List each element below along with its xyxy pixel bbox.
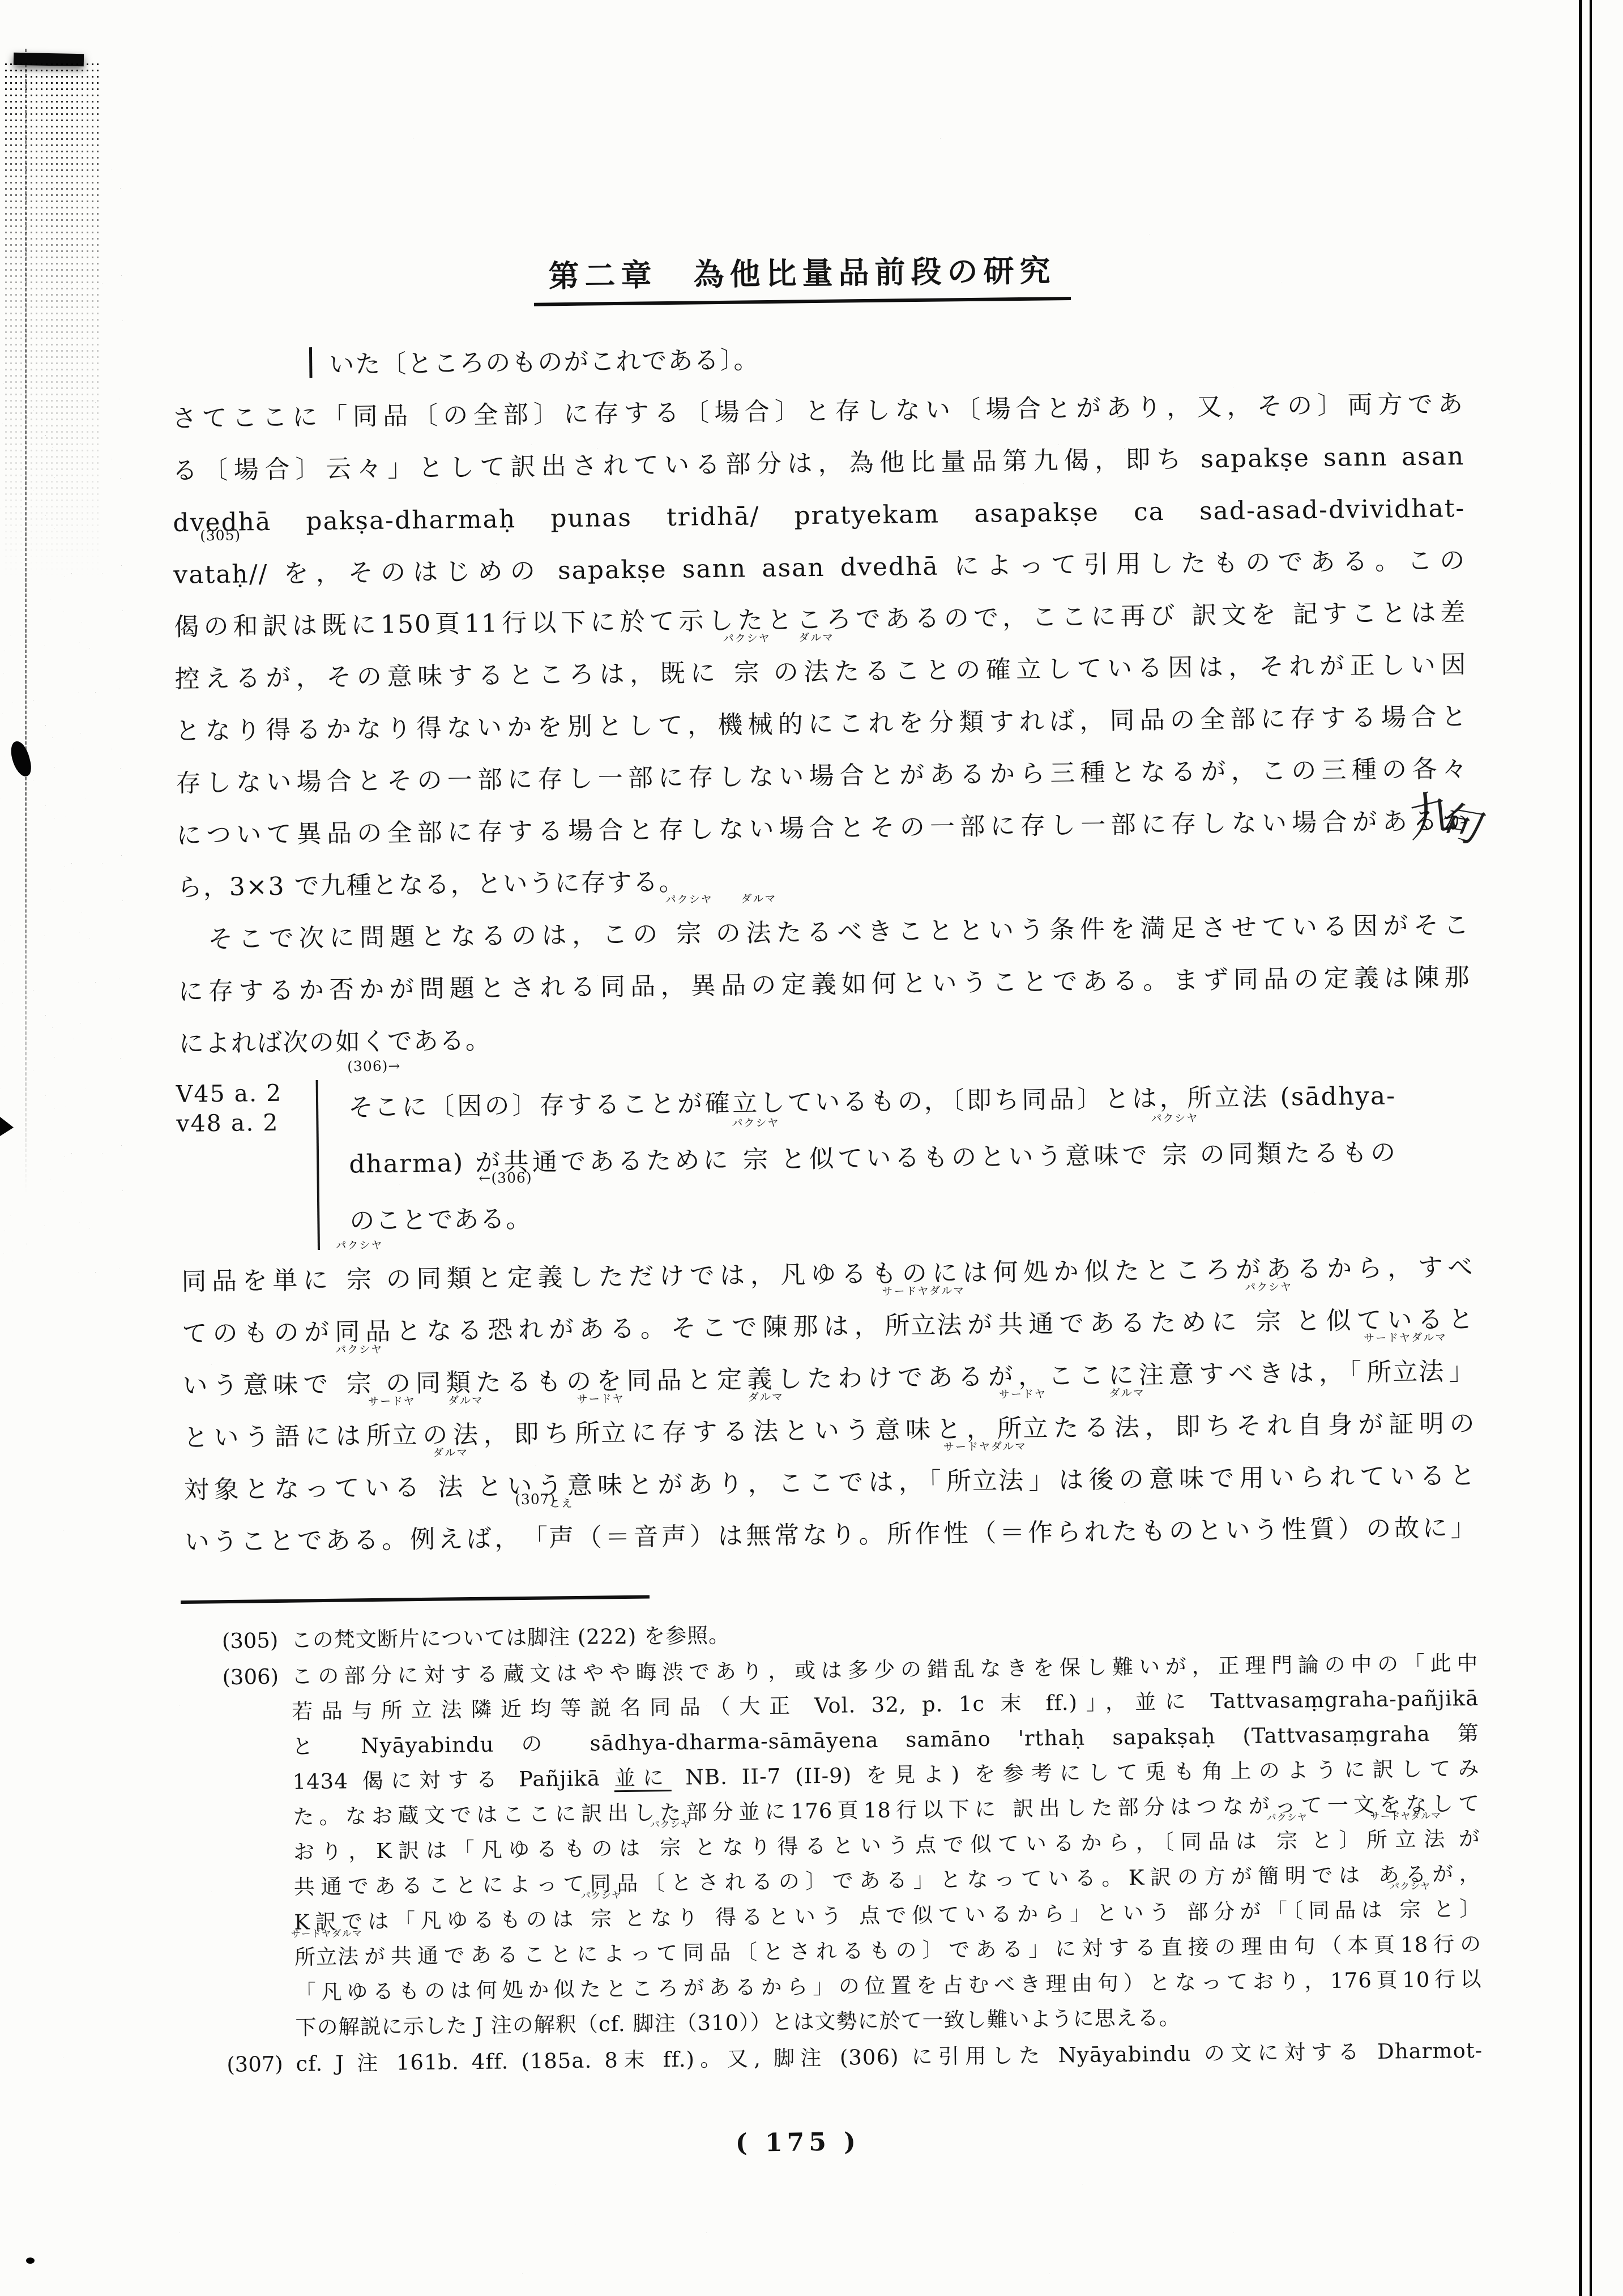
furigana: パクシヤ xyxy=(1267,1813,1308,1823)
text-segment: vataḥ//(305) xyxy=(173,548,268,601)
text-segment: 所立法サードヤダルマ xyxy=(1366,1346,1445,1399)
text-segment: の同類たるもの xyxy=(1188,1138,1396,1169)
footnote-separator xyxy=(181,1595,650,1603)
text-segment: dharma) が共通であるために xyxy=(349,1146,743,1179)
quote-source-ref: V45 a. 2 xyxy=(176,1078,283,1109)
text-segment: 並に xyxy=(614,1765,672,1792)
text-segment: 法ダルマ xyxy=(753,1406,780,1458)
text-segment: cf. J 注 161b. 4ff. (185a. 8末 ff.)。又, 脚注 … xyxy=(296,2038,1483,2076)
text-segment: と〕 xyxy=(1298,1828,1366,1853)
text-segment: 宗パクシヤ xyxy=(734,647,761,699)
handwritten-margin-note: 九句 xyxy=(1406,786,1496,877)
text-segment: 法ダルマ xyxy=(1114,1402,1141,1454)
text-segment: 宗パクシヤ xyxy=(1399,1892,1421,1927)
text-segment: （＝音声）は無常なり。所作性（＝作られたものという性質）の故に」 xyxy=(575,1513,1477,1552)
furigana: ダルマ xyxy=(433,1448,468,1459)
text-segment: の xyxy=(760,658,804,687)
left-dashed-line-artifact xyxy=(25,49,27,1193)
furigana: ダルマ xyxy=(1109,1388,1145,1399)
text-segment: この梵文断片については脚注 (222) を参照。 xyxy=(291,1623,731,1653)
text-segment: と〕 xyxy=(1421,1897,1481,1922)
text-segment: について異品の全部に存する場合と存しない場合とその一部に存し一部に存しない場合が… xyxy=(176,806,1468,850)
furigana: パクシヤ xyxy=(1245,1282,1292,1294)
scanned-book-page: 第二章 為他比量品前段の研究 いた〔ところのものがこれである〕。さてここに「同品… xyxy=(0,0,1623,2296)
left-ink-blob-artifact xyxy=(8,739,34,778)
body-text: いた〔ところのものがこれである〕。さてここに「同品〔の全部〕に存する〔場合〕と存… xyxy=(171,326,1477,1569)
footnote-label: (305) xyxy=(221,1623,278,1659)
furigana: ダルマ xyxy=(448,1395,484,1407)
furigana: パクシヤ xyxy=(581,1891,622,1901)
furigana: サードヤ xyxy=(576,1394,624,1405)
furigana: パクシヤ xyxy=(335,1345,383,1356)
furigana: サードヤ xyxy=(999,1389,1047,1401)
text-segment: る〔場合〕云々」として訳出されている部分は，為他比量品第九偈，即ち sapakṣ… xyxy=(172,442,1464,485)
text-segment: 下の解説に示した J 注の解釈（cf. 脚注（310））とは文勢に於て一致し難い… xyxy=(295,2005,1180,2040)
text-segment: を，そのはじめの sapakṣe sann asan dvedhā によって引用… xyxy=(268,546,1466,588)
text-segment: 宗パクシヤ xyxy=(1162,1127,1189,1184)
footnote-label: (306) xyxy=(222,1659,279,1695)
text-segment: 宗パクシヤ xyxy=(660,1830,682,1866)
text-segment: の xyxy=(702,919,746,948)
text-segment: いうことである。例えば， xyxy=(185,1524,523,1557)
text-segment: のことであ xyxy=(349,1205,480,1236)
furigana: サードヤダルマ xyxy=(291,1929,362,1939)
text-segment: そこ(306)→ xyxy=(348,1079,401,1136)
text-segment: NB. II-7 (II-9) を見よ) を参考にして兎も角上のように訳してみ xyxy=(671,1756,1480,1790)
text-segment: に存するか否かが問題とされる同品，異品の定義如何ということである。まず同品の定義… xyxy=(178,963,1471,1006)
furigana: サードヤダルマ xyxy=(882,1286,965,1298)
text-segment: となり 得るという 点で似ているから」という 部分が「〔同品は xyxy=(612,1897,1400,1931)
footnote-reference-mark: (305) xyxy=(200,528,241,543)
text-segment: 法ダルマ xyxy=(438,1461,464,1514)
text-segment: 」は後の意味で用いられていると xyxy=(1024,1461,1476,1495)
text-segment: おり，K訳は「凡ゆるものは xyxy=(293,1836,660,1864)
text-segment: となり得るかなり得ないかを別として，機械的にこれを分類すれば，同品の全部に存する… xyxy=(175,702,1467,746)
text-segment: の xyxy=(418,1420,453,1450)
furigana: ダルマ xyxy=(798,633,834,644)
text-segment: 所立法サードヤダルマ xyxy=(294,1939,360,1975)
footnote-reference-mark: (306)→ xyxy=(347,1059,400,1073)
text-segment: たる xyxy=(1049,1413,1114,1443)
text-segment: と似ているものという意味で xyxy=(769,1141,1163,1174)
text-segment: dvedhā pakṣa-dharmaḥ punas tridhā/ praty… xyxy=(173,494,1465,537)
footnotes: (305)この梵文断片については脚注 (222) を参照。(306)この部分に対… xyxy=(185,1610,1483,2083)
text-segment: 所 立 法サードヤダルマ xyxy=(1366,1822,1446,1858)
text-segment: ら，3×3 で九種となる，というに存する。 xyxy=(177,868,685,902)
text-segment: ，即ち xyxy=(479,1419,575,1449)
block-quote: V45 a. 2v48 a. 2そこ(306)→に〔因の〕存することが確立してい… xyxy=(180,1067,1473,1252)
text-segment: たるべきことという条件を満足させている因がそこ xyxy=(772,911,1470,948)
left-edge-mark-artifact xyxy=(0,1117,14,1136)
text-segment: 控えるが，その意味するところは，既に xyxy=(174,659,734,694)
text-segment: 存しない場合とその一部に存し一部に存しない場合とがあるから三種となるが，この三種… xyxy=(176,754,1468,798)
text-segment: 宗パクシヤ xyxy=(676,908,703,961)
paragraph: 同品を単に 宗パクシヤ の同類と定義しただけでは，凡ゆるものには何処か似たところ… xyxy=(181,1241,1477,1569)
furigana: サードヤダルマ xyxy=(943,1441,1027,1453)
text-segment: 対象となっている xyxy=(183,1473,438,1505)
text-segment: 所立法サードヤダルマ xyxy=(885,1299,963,1352)
text-segment: に存する xyxy=(627,1417,754,1448)
text-segment: たることの確立している因は，それが正しい因 xyxy=(830,650,1467,686)
text-segment: となり得るという点で似ているから，〔同品は xyxy=(681,1829,1276,1860)
corner-speckle-artifact xyxy=(3,61,100,605)
text-segment: 所立法サードヤダルマ xyxy=(946,1455,1025,1508)
right-page-edge-line xyxy=(1579,0,1592,2296)
text-segment: る。←(306) xyxy=(480,1191,532,1248)
furigana: パクシヤ xyxy=(650,1820,691,1830)
chapter-title: 第二章 為他比量品前段の研究 xyxy=(533,246,1071,306)
page-content: 第二章 為他比量品前段の研究 いた〔ところのものがこれである〕。さてここに「同品… xyxy=(170,242,1484,2164)
text-segment: 所立サードヤ xyxy=(575,1407,627,1460)
text-segment: 同品を単に xyxy=(181,1266,347,1296)
furigana: パクシヤ xyxy=(335,1240,383,1252)
text-segment: という語には xyxy=(183,1422,366,1453)
text-segment: 宗パクシヤ xyxy=(1255,1296,1282,1348)
text-segment: 宗パクシヤ xyxy=(1276,1824,1299,1859)
text-segment: 宗パクシヤ xyxy=(743,1132,770,1189)
text-segment: 法ダルマ xyxy=(746,907,772,960)
quote-source-refs: V45 a. 2v48 a. 2 xyxy=(176,1078,283,1138)
text-segment: いう意味で xyxy=(182,1370,347,1401)
furigana: こえ xyxy=(549,1499,573,1509)
furigana: ダルマ xyxy=(741,894,776,905)
text-segment: てのものが同品となる恐れがある。そこで陳那は， xyxy=(182,1312,885,1348)
text-segment: 宗パクシヤ xyxy=(591,1901,613,1936)
text-segment: に〔因の〕存することが確立しているもの，〔即ち同品〕とは，所立法 (sādhya… xyxy=(400,1081,1396,1121)
furigana: パクシヤ xyxy=(1390,1882,1430,1892)
page-number: ( 175 ) xyxy=(152,2121,1444,2165)
text-segment: 」 xyxy=(1445,1357,1475,1386)
quote-lines: そこ(306)→に〔因の〕存することが確立しているもの，〔即ち同品〕とは，所立法… xyxy=(316,1068,1398,1250)
furigana: サードヤ xyxy=(368,1396,416,1407)
furigana: サードヤダルマ xyxy=(1370,1812,1441,1822)
footnote-reference-mark: ←(306) xyxy=(479,1171,532,1185)
furigana: ダルマ xyxy=(748,1392,784,1403)
text-segment: 声こえ xyxy=(549,1512,575,1565)
footnote-label: (307) xyxy=(227,2047,283,2082)
text-segment: そこで次に問題となるのは，この xyxy=(177,920,676,954)
text-segment: ，即ちそれ自身が証明の xyxy=(1141,1409,1476,1442)
footnote: (306)この部分に対する蔵文はやや晦渋であり，或は多少の錯乱なきを保し難いが，… xyxy=(186,1646,1483,2047)
furigana: パクシヤ xyxy=(723,633,771,645)
text-segment: 1434 偈に対する Pañjikā xyxy=(292,1766,614,1794)
text-segment: さてここに「同品〔の全部〕に存する〔場合〕と存しない〔場合とがあり，又，その〕両… xyxy=(172,390,1464,433)
text-segment: 所立サードヤ xyxy=(366,1410,418,1462)
quote-continuation-bar xyxy=(309,347,313,378)
paragraph: そこで次に問題となるのは，この 宗パクシヤ の法ダルマたるべきことという条件を満… xyxy=(177,899,1471,1070)
furigana: サードヤダルマ xyxy=(1364,1332,1447,1344)
furigana: パクシヤ xyxy=(665,894,713,906)
text-segment: の同類たるものを同品と定義したわけであるが，ここに注意すべきは，「 xyxy=(373,1358,1367,1398)
text-segment: によれば次の如くである。 xyxy=(179,1026,492,1059)
bottom-ink-dot-artifact xyxy=(26,2257,35,2264)
furigana: パクシヤ xyxy=(732,1118,779,1129)
text-line: のことである。←(306) xyxy=(349,1181,1398,1249)
paragraph: さてここに「同品〔の全部〕に存する〔場合〕と存しない〔場合とがあり，又，その〕両… xyxy=(172,378,1470,914)
text-segment: 「(307) xyxy=(523,1513,549,1565)
furigana: パクシヤ xyxy=(1151,1113,1198,1124)
text-segment: いた〔ところのものがこれである〕。 xyxy=(329,345,760,379)
text-segment: 宗パクシヤ xyxy=(347,1254,373,1307)
text-segment: が xyxy=(1445,1826,1480,1851)
text-segment: が共通であるために xyxy=(963,1307,1256,1339)
quote-source-ref: v48 a. 2 xyxy=(176,1108,283,1138)
text-segment: 法ダルマ xyxy=(804,646,830,699)
